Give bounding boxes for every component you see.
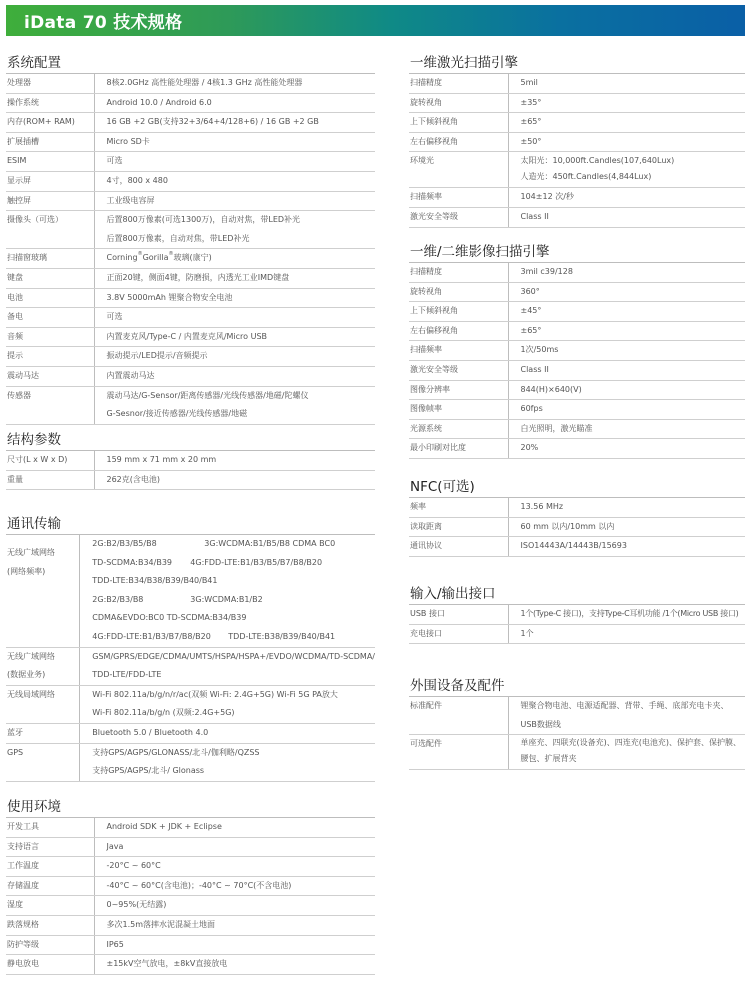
spec-table: 扫描精度3mil c39/128 旋转视角360° 上下倾斜视角±45° 左右偏… [409, 262, 745, 459]
table-row: 音频内置麦克风/Type-C / 内置麦克风/Micro USB [6, 327, 375, 347]
spec-value: GSM/GPRS/EDGE/CDMA/UMTS/HSPA/HSPA+/EVDO/… [80, 647, 375, 685]
spec-value: 3.8V 5000mAh 锂聚合物安全电池 [94, 288, 375, 308]
spec-label: 通讯协议 [409, 537, 508, 557]
spec-value-line: 太阳光：10,000ft.Candles(107,640Lux) [521, 153, 746, 169]
table-row: 扩展插槽Micro SD卡 [6, 132, 375, 152]
spec-value: 正面20键，侧面4键，防磨损，内透光工业IMD键盘 [94, 268, 375, 288]
spec-table: 扫描精度5mil 旋转视角±35° 上下倾斜视角±65° 左右偏移视角±50° … [409, 73, 745, 228]
spec-value-line: CDMA&EVDO:BC0 TD-SCDMA:B34/B39 [92, 609, 375, 628]
spec-label: 充电接口 [409, 624, 508, 644]
table-row: 湿度0~95%(无结露) [6, 896, 375, 916]
spec-value-line: 腰包、扩展背夹 [521, 751, 746, 767]
spec-value-line: G-Sesnor/接近传感器/光线传感器/地磁 [107, 405, 376, 424]
spec-value: 内置震动马达 [94, 366, 375, 386]
spec-value: -40°C ~ 60°C(含电池)；-40°C ~ 70°C(不含电池) [94, 876, 375, 896]
table-row: 显示屏4寸，800 x 480 [6, 171, 375, 191]
spec-value: 1个(Type-C 接口)，支持Type-C耳机功能 /1个(Micro USB… [508, 605, 745, 625]
spec-label: 上下倾斜视角 [409, 302, 508, 322]
table-row: 扫描精度3mil c39/128 [409, 263, 745, 283]
spec-label: 扩展插槽 [6, 132, 94, 152]
table-row: 上下倾斜视角±65° [409, 113, 745, 133]
table-row: 标准配件 锂聚合物电池、电源适配器、背带、手绳、底部充电卡夹、 USB数据线 [409, 697, 745, 735]
spec-value: 白光照明，激光瞄准 [508, 419, 745, 439]
spec-value: 5mil [508, 74, 745, 94]
table-row: 扫描窗玻璃 Corning®Gorilla®玻璃(康宁) [6, 249, 375, 269]
spec-label: 图像帧率 [409, 400, 508, 420]
spec-label: 音频 [6, 327, 94, 347]
spec-value: Wi-Fi 802.11a/b/g/n/r/ac(双频 Wi-Fi: 2.4G+… [80, 685, 375, 723]
spec-label: 环境光 [409, 152, 508, 188]
spec-value: 4寸，800 x 480 [94, 171, 375, 191]
table-row: 激光安全等级Class II [409, 207, 745, 227]
table-row: 操作系统Android 10.0 / Android 6.0 [6, 93, 375, 113]
band-text: 3G:WCDMA:B1/B5/B8 CDMA BC0 [204, 539, 335, 548]
spec-value-line: 锂聚合物电池、电源适配器、背带、手绳、底部充电卡夹、 [521, 697, 746, 716]
spec-value: 1次/50ms [508, 341, 745, 361]
spec-label: 存储温度 [6, 876, 94, 896]
band-text: TDD-LTE:B38/B39/B40/B41 [228, 632, 335, 641]
spec-table: 开发工具Android SDK + JDK + Eclipse 支持语言Java… [6, 817, 375, 975]
spec-value: Java [94, 837, 375, 857]
spec-label: USB 接口 [409, 605, 508, 625]
header-banner: iData 70 技术规格 [6, 5, 745, 36]
spec-label: 左右偏移视角 [409, 321, 508, 341]
table-row: 左右偏移视角±65° [409, 321, 745, 341]
table-row: 可选配件 单座充、四联充(设备充)、四连充(电池充)、保护套、保护膜、 腰包、扩… [409, 735, 745, 770]
table-row: 扫描频率1次/50ms [409, 341, 745, 361]
table-row: 尺寸(L x W x D)159 mm x 71 mm x 20 mm [6, 451, 375, 471]
table-row: USB 接口1个(Type-C 接口)，支持Type-C耳机功能 /1个(Mic… [409, 605, 745, 625]
table-row: 开发工具Android SDK + JDK + Eclipse [6, 818, 375, 838]
section-environment: 使用环境 开发工具Android SDK + JDK + Eclipse 支持语… [6, 797, 375, 975]
spec-value-line: 后置800万像素，自动对焦，带LED补光 [107, 230, 376, 249]
table-row: 激光安全等级Class II [409, 360, 745, 380]
spec-label: 旋转视角 [409, 282, 508, 302]
table-row: 电池3.8V 5000mAh 锂聚合物安全电池 [6, 288, 375, 308]
spec-value: 2G:B2/B3/B5/B83G:WCDMA:B1/B5/B8 CDMA BC0… [80, 535, 375, 648]
table-row: 无线广域网络 (数据业务) GSM/GPRS/EDGE/CDMA/UMTS/HS… [6, 647, 375, 685]
section-title: 外围设备及配件 [409, 676, 745, 696]
table-row: 图像帧率60fps [409, 400, 745, 420]
spec-value: 内置麦克风/Type-C / 内置麦克风/Micro USB [94, 327, 375, 347]
spec-value: 可选 [94, 152, 375, 172]
band-text: 3G:WCDMA:B1/B2 [190, 595, 262, 604]
spec-label: 蓝牙 [6, 723, 80, 743]
spec-label: 重量 [6, 470, 94, 490]
spec-value: 262克(含电池) [94, 470, 375, 490]
section-title: 结构参数 [6, 430, 375, 450]
spec-value-line: TD-SCDMA:B34/B394G:FDD-LTE:B1/B3/B5/B7/B… [92, 554, 375, 573]
spec-value: 太阳光：10,000ft.Candles(107,640Lux) 人造光：450… [508, 152, 745, 188]
spec-label-line: 无线广域网络 [7, 544, 79, 563]
table-row: 重量262克(含电池) [6, 470, 375, 490]
table-row: 图像分辨率844(H)×640(V) [409, 380, 745, 400]
spec-value: Bluetooth 5.0 / Bluetooth 4.0 [80, 723, 375, 743]
section-title: NFC(可选) [409, 477, 745, 497]
spec-value: Micro SD卡 [94, 132, 375, 152]
spec-label: 工作温度 [6, 857, 94, 877]
spec-label: 读取距离 [409, 517, 508, 537]
spec-value-line: 震动马达/G-Sensor/距离传感器/光线传感器/地磁/陀螺仪 [107, 387, 376, 406]
spec-value: 后置800万像素(可选1300万)，自动对焦，带LED补光 后置800万像素，自… [94, 211, 375, 249]
spec-value: IP65 [94, 935, 375, 955]
spec-label: 湿度 [6, 896, 94, 916]
section-accessories: 外围设备及配件 标准配件 锂聚合物电池、电源适配器、背带、手绳、底部充电卡夹、 … [409, 676, 745, 770]
section-imager-engine: 一维/二维影像扫描引擎 扫描精度3mil c39/128 旋转视角360° 上下… [409, 242, 745, 459]
table-row: 光源系统白光照明，激光瞄准 [409, 419, 745, 439]
spec-value: 工业级电容屏 [94, 191, 375, 211]
band-text: 2G:B2/B3/B8 [92, 591, 190, 610]
band-text: 4G:FDD-LTE:B1/B3/B7/B8/B20 [92, 628, 228, 647]
table-row: 静电放电±15kV空气放电，±8kV直接放电 [6, 955, 375, 975]
table-row: 充电接口1个 [409, 624, 745, 644]
table-row: 频率13.56 MHz [409, 498, 745, 518]
spec-value: Corning®Gorilla®玻璃(康宁) [94, 249, 375, 269]
spec-value: 可选 [94, 308, 375, 328]
section-title: 通讯传输 [6, 514, 375, 534]
spec-label: 震动马达 [6, 366, 94, 386]
table-row: 上下倾斜视角±45° [409, 302, 745, 322]
section-title: 一维/二维影像扫描引擎 [409, 242, 745, 262]
spec-value: 844(H)×640(V) [508, 380, 745, 400]
spec-label: 扫描频率 [409, 188, 508, 208]
table-row: ESIM可选 [6, 152, 375, 172]
spec-value-line: Wi-Fi 802.11a/b/g/n/r/ac(双频 Wi-Fi: 2.4G+… [92, 686, 375, 705]
table-row: 最小印刷对比度20% [409, 439, 745, 459]
spec-label: 备电 [6, 308, 94, 328]
spec-label: GPS [6, 743, 80, 781]
spec-table: 尺寸(L x W x D)159 mm x 71 mm x 20 mm 重量26… [6, 450, 375, 490]
table-row: 环境光 太阳光：10,000ft.Candles(107,640Lux) 人造光… [409, 152, 745, 188]
spec-label: 可选配件 [409, 735, 508, 770]
section-system: 系统配置 处理器8核2.0GHz 高性能处理器 / 4核1.3 GHz 高性能处… [6, 53, 375, 425]
spec-label: 支持语言 [6, 837, 94, 857]
spec-label: 上下倾斜视角 [409, 113, 508, 133]
spec-value-line: 后置800万像素(可选1300万)，自动对焦，带LED补光 [107, 211, 376, 230]
table-row: 防护等级IP65 [6, 935, 375, 955]
table-row: 键盘正面20键，侧面4键，防磨损，内透光工业IMD键盘 [6, 268, 375, 288]
spec-value: Android SDK + JDK + Eclipse [94, 818, 375, 838]
section-title: 一维激光扫描引擎 [409, 53, 745, 73]
spec-value-line: GSM/GPRS/EDGE/CDMA/UMTS/HSPA/HSPA+/EVDO/… [92, 648, 375, 667]
brand-gorilla: Gorilla [143, 253, 169, 262]
section-nfc: NFC(可选) 频率13.56 MHz 读取距离60 mm 以内/10mm 以内… [409, 477, 745, 557]
spec-label: 旋转视角 [409, 93, 508, 113]
table-row: 处理器8核2.0GHz 高性能处理器 / 4核1.3 GHz 高性能处理器 [6, 74, 375, 94]
table-row: 存储温度-40°C ~ 60°C(含电池)；-40°C ~ 70°C(不含电池) [6, 876, 375, 896]
spec-value-line: USB数据线 [521, 716, 746, 735]
spec-value-line: 2G:B2/B3/B83G:WCDMA:B1/B2 [92, 591, 375, 610]
table-row: 传感器 震动马达/G-Sensor/距离传感器/光线传感器/地磁/陀螺仪 G-S… [6, 386, 375, 424]
section-laser-engine: 一维激光扫描引擎 扫描精度5mil 旋转视角±35° 上下倾斜视角±65° 左右… [409, 53, 745, 228]
spec-label: 提示 [6, 347, 94, 367]
band-text: 4G:FDD-LTE:B1/B3/B5/B7/B8/B20 [190, 558, 322, 567]
section-title: 使用环境 [6, 797, 375, 817]
table-row: 读取距离60 mm 以内/10mm 以内 [409, 517, 745, 537]
spec-value: 0~95%(无结露) [94, 896, 375, 916]
spec-value: 1个 [508, 624, 745, 644]
spec-value: 20% [508, 439, 745, 459]
spec-value: ±45° [508, 302, 745, 322]
table-row: 无线局域网络 Wi-Fi 802.11a/b/g/n/r/ac(双频 Wi-Fi… [6, 685, 375, 723]
spec-label: 激光安全等级 [409, 207, 508, 227]
table-row: 通讯协议ISO14443A/14443B/15693 [409, 537, 745, 557]
spec-value: 16 GB +2 GB(支持32+3/64+4/128+6) / 16 GB +… [94, 113, 375, 133]
spec-label: 扫描精度 [409, 74, 508, 94]
table-row: 蓝牙Bluetooth 5.0 / Bluetooth 4.0 [6, 723, 375, 743]
table-row: GPS 支持GPS/AGPS/GLONASS/北斗/伽利略/QZSS 支持GPS… [6, 743, 375, 781]
spec-table: USB 接口1个(Type-C 接口)，支持Type-C耳机功能 /1个(Mic… [409, 604, 745, 644]
spec-label: 无线广域网络 (数据业务) [6, 647, 80, 685]
spec-value: 振动提示/LED提示/音频提示 [94, 347, 375, 367]
spec-label: 扫描精度 [409, 263, 508, 283]
spec-label-line: (数据业务) [7, 666, 79, 685]
spec-label: 跌落规格 [6, 915, 94, 935]
spec-value: 360° [508, 282, 745, 302]
spec-table: 频率13.56 MHz 读取距离60 mm 以内/10mm 以内 通讯协议ISO… [409, 497, 745, 557]
spec-value-line: 支持GPS/AGPS/北斗/ Glonass [92, 762, 375, 781]
spec-label: ESIM [6, 152, 94, 172]
table-row: 触控屏工业级电容屏 [6, 191, 375, 211]
spec-label: 最小印刷对比度 [409, 439, 508, 459]
table-row: 旋转视角±35° [409, 93, 745, 113]
spec-value: 159 mm x 71 mm x 20 mm [94, 451, 375, 471]
table-row: 扫描精度5mil [409, 74, 745, 94]
spec-label: 触控屏 [6, 191, 94, 211]
spec-value-line: TDD-LTE:B34/B38/B39/B40/B41 [92, 572, 375, 591]
section-io: 输入/输出接口 USB 接口1个(Type-C 接口)，支持Type-C耳机功能… [409, 584, 745, 644]
spec-table: 处理器8核2.0GHz 高性能处理器 / 4核1.3 GHz 高性能处理器 操作… [6, 73, 375, 425]
spec-value: Class II [508, 360, 745, 380]
spec-table: 标准配件 锂聚合物电池、电源适配器、背带、手绳、底部充电卡夹、 USB数据线 可… [409, 696, 745, 770]
spec-value: Class II [508, 207, 745, 227]
table-row: 旋转视角360° [409, 282, 745, 302]
page-title: iData 70 技术规格 [24, 8, 182, 33]
section-title: 输入/输出接口 [409, 584, 745, 604]
table-row: 工作温度-20°C ~ 60°C [6, 857, 375, 877]
spec-value-line: 人造光：450ft.Candles(4,844Lux) [521, 169, 746, 185]
spec-label: 传感器 [6, 386, 94, 424]
spec-value: 104±12 次/秒 [508, 188, 745, 208]
section-comms: 通讯传输 无线广域网络 (网络频率) 2G:B2/B3/B5/B83G:WCDM… [6, 514, 375, 782]
spec-value: 8核2.0GHz 高性能处理器 / 4核1.3 GHz 高性能处理器 [94, 74, 375, 94]
spec-value-line: 单座充、四联充(设备充)、四连充(电池充)、保护套、保护膜、 [521, 735, 746, 751]
spec-value: Android 10.0 / Android 6.0 [94, 93, 375, 113]
spec-label: 图像分辨率 [409, 380, 508, 400]
band-text: 2G:B2/B3/B5/B8 [92, 535, 204, 554]
table-row: 扫描频率104±12 次/秒 [409, 188, 745, 208]
spec-label: 激光安全等级 [409, 360, 508, 380]
spec-table: 无线广域网络 (网络频率) 2G:B2/B3/B5/B83G:WCDMA:B1/… [6, 534, 375, 782]
spec-value-line: 支持GPS/AGPS/GLONASS/北斗/伽利略/QZSS [92, 744, 375, 763]
spec-label: 无线广域网络 (网络频率) [6, 535, 80, 648]
spec-label: 电池 [6, 288, 94, 308]
spec-value: ISO14443A/14443B/15693 [508, 537, 745, 557]
spec-value: 支持GPS/AGPS/GLONASS/北斗/伽利略/QZSS 支持GPS/AGP… [80, 743, 375, 781]
spec-label: 频率 [409, 498, 508, 518]
spec-label: 摄像头（可选） [6, 211, 94, 249]
spec-value: ±50° [508, 132, 745, 152]
spec-value: 单座充、四联充(设备充)、四连充(电池充)、保护套、保护膜、 腰包、扩展背夹 [508, 735, 745, 770]
table-row: 内存(ROM+ RAM)16 GB +2 GB(支持32+3/64+4/128+… [6, 113, 375, 133]
table-row: 无线广域网络 (网络频率) 2G:B2/B3/B5/B83G:WCDMA:B1/… [6, 535, 375, 648]
brand-corning: Corning [107, 253, 138, 262]
spec-value: 3mil c39/128 [508, 263, 745, 283]
spec-label-line: 无线广域网络 [7, 648, 79, 667]
spec-value: ±65° [508, 113, 745, 133]
spec-value: ±65° [508, 321, 745, 341]
section-structure: 结构参数 尺寸(L x W x D)159 mm x 71 mm x 20 mm… [6, 430, 375, 490]
spec-label: 左右偏移视角 [409, 132, 508, 152]
table-row: 震动马达内置震动马达 [6, 366, 375, 386]
table-row: 支持语言Java [6, 837, 375, 857]
spec-value: 13.56 MHz [508, 498, 745, 518]
table-row: 左右偏移视角±50° [409, 132, 745, 152]
table-row: 摄像头（可选） 后置800万像素(可选1300万)，自动对焦，带LED补光 后置… [6, 211, 375, 249]
table-row: 提示振动提示/LED提示/音频提示 [6, 347, 375, 367]
table-row: 跌落规格多次1.5m落摔水泥混凝土地面 [6, 915, 375, 935]
spec-label: 光源系统 [409, 419, 508, 439]
spec-label: 防护等级 [6, 935, 94, 955]
spec-value: 60 mm 以内/10mm 以内 [508, 517, 745, 537]
spec-value-line: Wi-Fi 802.11a/b/g/n (双频:2.4G+5G) [92, 704, 375, 723]
spec-label: 静电放电 [6, 955, 94, 975]
spec-value: 震动马达/G-Sensor/距离传感器/光线传感器/地磁/陀螺仪 G-Sesno… [94, 386, 375, 424]
spec-label: 扫描窗玻璃 [6, 249, 94, 269]
spec-label: 操作系统 [6, 93, 94, 113]
spec-value: -20°C ~ 60°C [94, 857, 375, 877]
spec-label: 内存(ROM+ RAM) [6, 113, 94, 133]
spec-label: 无线局域网络 [6, 685, 80, 723]
spec-value: 多次1.5m落摔水泥混凝土地面 [94, 915, 375, 935]
band-text: TD-SCDMA:B34/B39 [92, 554, 190, 573]
spec-value: ±35° [508, 93, 745, 113]
glass-text: 玻璃(康宁) [174, 253, 212, 262]
spec-label-line: (网络频率) [7, 563, 79, 582]
spec-label: 键盘 [6, 268, 94, 288]
spec-value: ±15kV空气放电，±8kV直接放电 [94, 955, 375, 975]
spec-value-line: 4G:FDD-LTE:B1/B3/B7/B8/B20TDD-LTE:B38/B3… [92, 628, 375, 647]
spec-label: 标准配件 [409, 697, 508, 735]
spec-label: 扫描频率 [409, 341, 508, 361]
spec-value-line: 2G:B2/B3/B5/B83G:WCDMA:B1/B5/B8 CDMA BC0 [92, 535, 375, 554]
spec-label: 处理器 [6, 74, 94, 94]
section-title: 系统配置 [6, 53, 375, 73]
spec-label: 尺寸(L x W x D) [6, 451, 94, 471]
spec-value: 60fps [508, 400, 745, 420]
spec-value: 锂聚合物电池、电源适配器、背带、手绳、底部充电卡夹、 USB数据线 [508, 697, 745, 735]
spec-label: 显示屏 [6, 171, 94, 191]
spec-value-line: TDD-LTE/FDD-LTE [92, 666, 375, 685]
table-row: 备电可选 [6, 308, 375, 328]
spec-label: 开发工具 [6, 818, 94, 838]
